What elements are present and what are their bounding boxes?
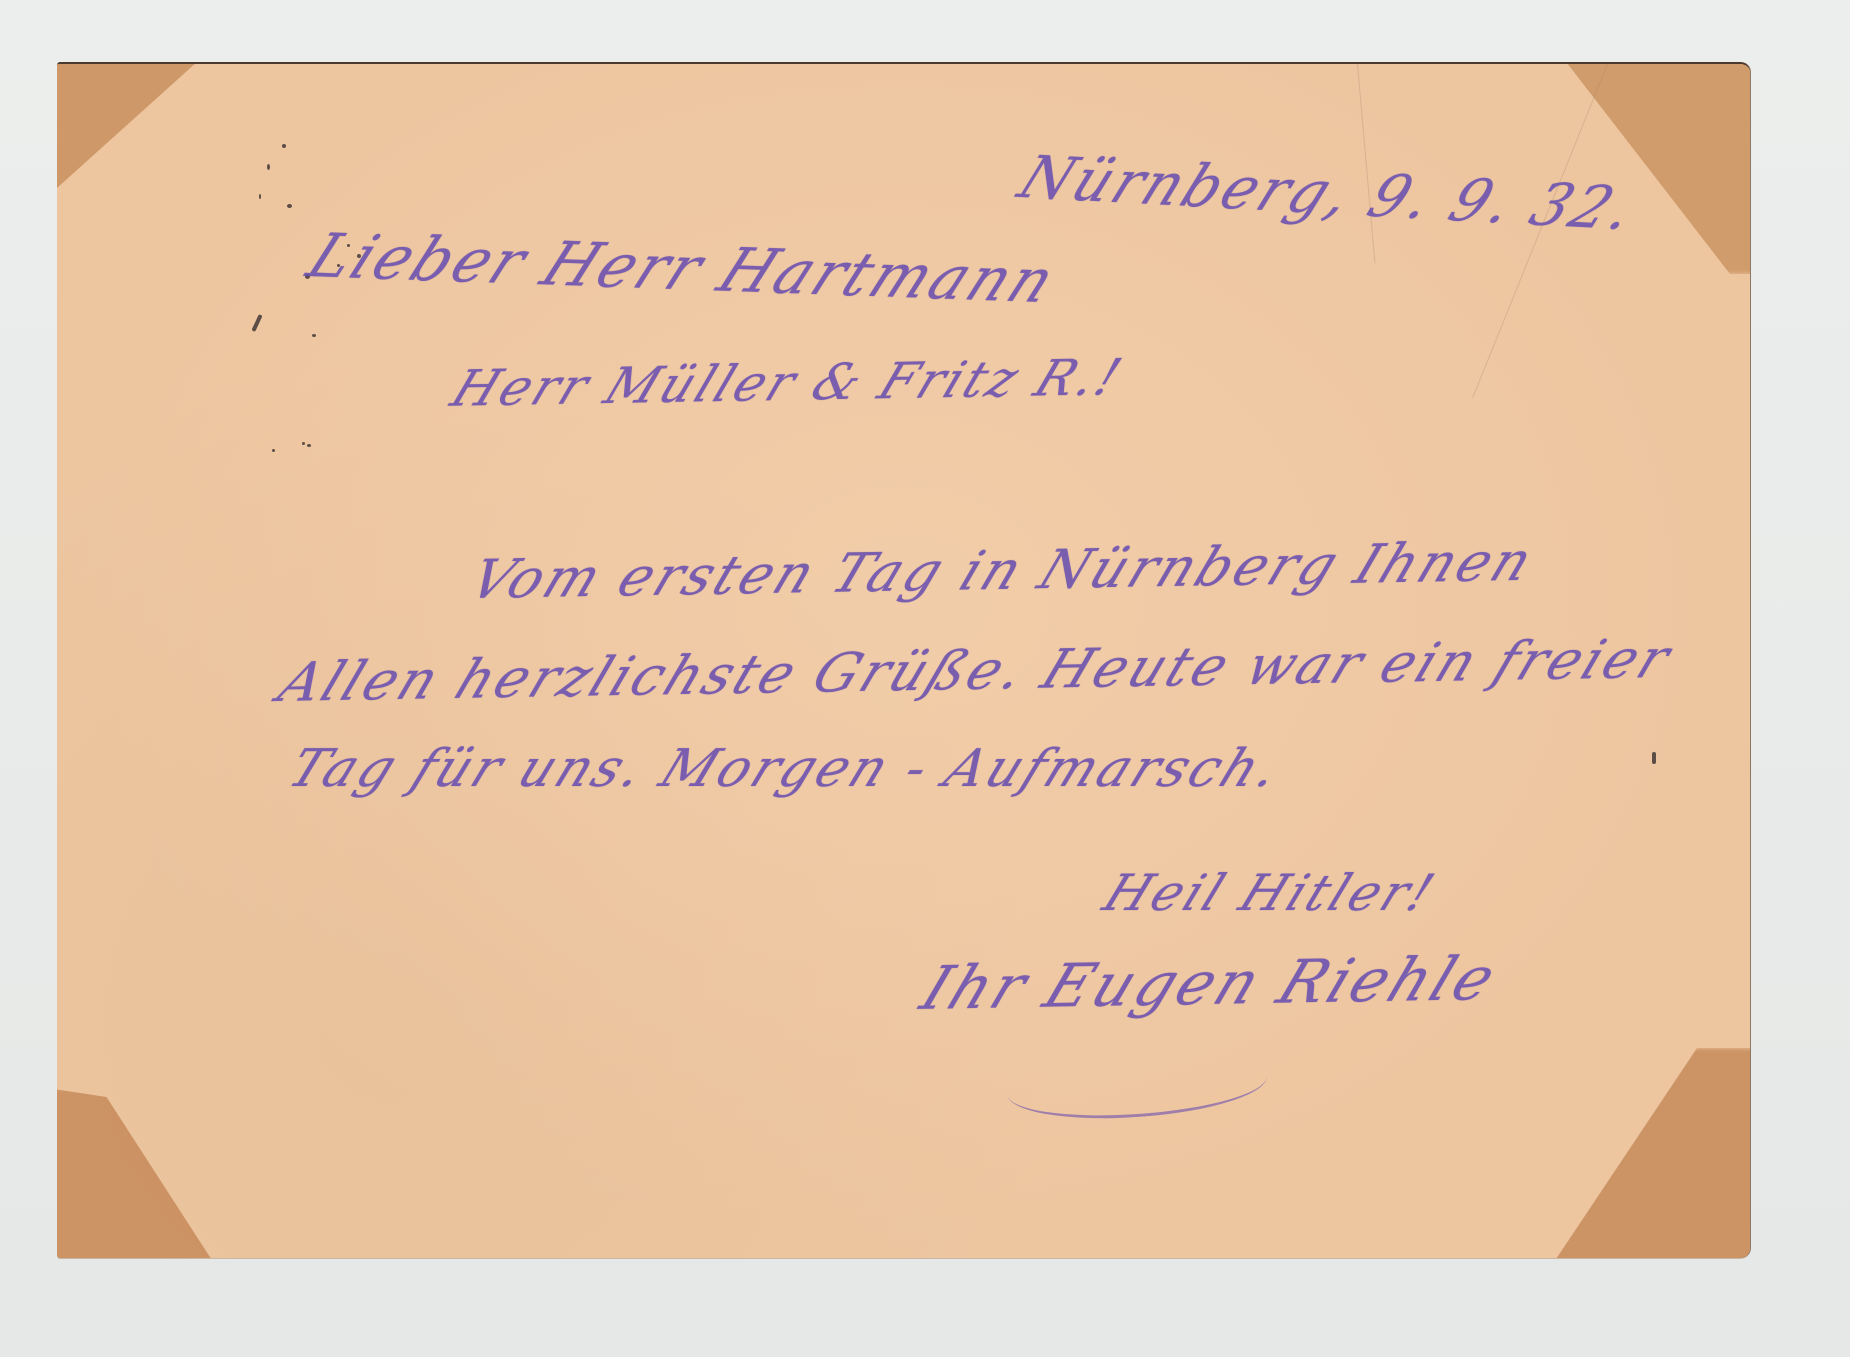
corner-stain-bottom-left — [57, 1088, 217, 1258]
corner-stain-top-right — [1560, 62, 1750, 274]
date-line: Nürnberg, 9. 9. 32. — [1009, 143, 1648, 244]
salutation-line-2: Herr Müller & Fritz R.! — [444, 348, 1133, 418]
body-line-1: Vom ersten Tag in Nürnberg Ihnen — [461, 530, 1544, 611]
corner-stain-bottom-right — [1550, 1048, 1750, 1258]
signature-flourish — [1005, 1045, 1269, 1126]
signature: Ihr Eugen Riehle — [912, 944, 1508, 1024]
ink-speck — [1652, 752, 1656, 764]
postcard: Nürnberg, 9. 9. 32. Lieber Herr Hartmann… — [57, 62, 1750, 1258]
body-line-3: Tag für uns. Morgen - Aufmarsch. — [280, 739, 1291, 799]
body-line-2: Allen herzlichste Grüße. Heute war ein f… — [270, 627, 1681, 714]
salutation-line-1: Lieber Herr Hartmann — [297, 221, 1068, 317]
closing-line: Heil Hitler! — [1095, 864, 1445, 922]
